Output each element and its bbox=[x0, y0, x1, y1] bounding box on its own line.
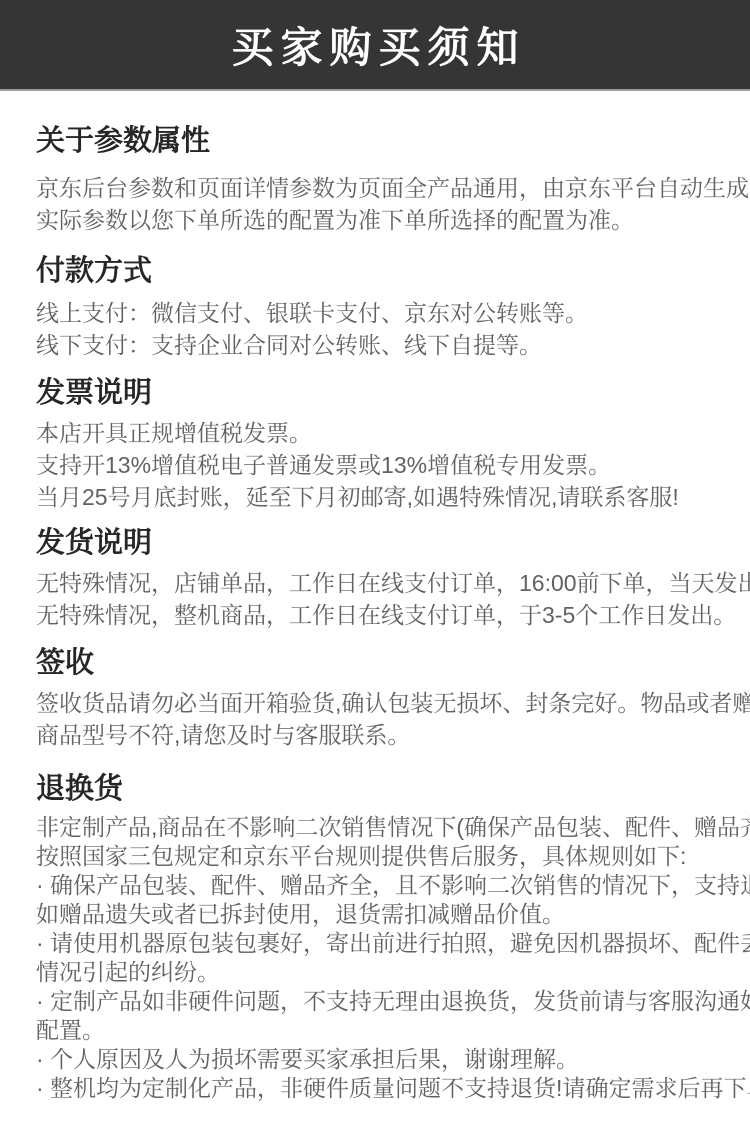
section-body-params: 京东后台参数和页面详情参数为页面全产品通用，由京东平台自动生成， 实际参数以您下… bbox=[36, 172, 714, 236]
section-receipt: 签收 签收货品请勿必当面开箱验货,确认包装无损坏、封条完好。物品或者赠品缺失 商… bbox=[36, 646, 714, 751]
page-title: 买家购买须知 bbox=[224, 15, 525, 75]
text-line: · 整机均为定制化产品，非硬件质量问题不支持退货!请确定需求后再下单! bbox=[36, 1074, 714, 1103]
text-line: · 请使用机器原包装包裹好，寄出前进行拍照，避免因机器损坏、配件丢失等异常 bbox=[36, 929, 714, 958]
text-line: 按照国家三包规定和京东平台规则提供售后服务，具体规则如下: bbox=[36, 842, 714, 871]
text-line: 签收货品请勿必当面开箱验货,确认包装无损坏、封条完好。物品或者赠品缺失 bbox=[36, 687, 714, 719]
text-line: · 定制产品如非硬件问题，不支持无理由退换货，发货前请与客服沟通好所需方案 bbox=[36, 987, 714, 1016]
section-title-receipt: 签收 bbox=[36, 646, 714, 680]
text-line: · 确保产品包装、配件、赠品齐全，且不影响二次销售的情况下，支持退换货。 bbox=[36, 871, 714, 900]
text-line: 配置。 bbox=[36, 1016, 714, 1045]
section-body-returns: 非定制产品,商品在不影响二次销售情况下(确保产品包装、配件、赠品齐全完整) 按照… bbox=[36, 813, 714, 1103]
text-line: 非定制产品,商品在不影响二次销售情况下(确保产品包装、配件、赠品齐全完整) bbox=[36, 813, 714, 842]
section-body-receipt: 签收货品请勿必当面开箱验货,确认包装无损坏、封条完好。物品或者赠品缺失 商品型号… bbox=[36, 687, 714, 751]
text-line: 实际参数以您下单所选的配置为准下单所选择的配置为准。 bbox=[36, 204, 714, 236]
text-line: 本店开具正规增值税发票。 bbox=[36, 417, 714, 449]
section-title-payment: 付款方式 bbox=[36, 254, 714, 288]
text-line: 线上支付：微信支付、银联卡支付、京东对公转账等。 bbox=[36, 297, 714, 329]
text-line: 情况引起的纠纷。 bbox=[36, 958, 714, 987]
section-body-payment: 线上支付：微信支付、银联卡支付、京东对公转账等。 线下支付：支持企业合同对公转账… bbox=[36, 297, 714, 361]
text-line: 支持开13%增值税电子普通发票或13%增值税专用发票。 bbox=[36, 449, 714, 481]
text-line: 当月25号月底封账，延至下月初邮寄,如遇特殊情况,请联系客服! bbox=[36, 481, 714, 513]
section-body-shipping: 无特殊情况，店铺单品，工作日在线支付订单，16:00前下单，当天发出。 无特殊情… bbox=[36, 567, 714, 631]
text-line: 商品型号不符,请您及时与客服联系。 bbox=[36, 719, 714, 751]
text-line: 无特殊情况，整机商品，工作日在线支付订单，于3-5个工作日发出。 bbox=[36, 599, 714, 631]
section-shipping: 发货说明 无特殊情况，店铺单品，工作日在线支付订单，16:00前下单，当天发出。… bbox=[36, 526, 714, 631]
text-line: 无特殊情况，店铺单品，工作日在线支付订单，16:00前下单，当天发出。 bbox=[36, 567, 714, 599]
section-body-invoice: 本店开具正规增值税发票。 支持开13%增值税电子普通发票或13%增值税专用发票。… bbox=[36, 417, 714, 513]
section-title-invoice: 发票说明 bbox=[36, 376, 714, 410]
text-line: 线下支付：支持企业合同对公转账、线下自提等。 bbox=[36, 329, 714, 361]
text-line: 京东后台参数和页面详情参数为页面全产品通用，由京东平台自动生成， bbox=[36, 172, 714, 204]
section-invoice: 发票说明 本店开具正规增值税发票。 支持开13%增值税电子普通发票或13%增值税… bbox=[36, 376, 714, 513]
section-params: 关于参数属性 京东后台参数和页面详情参数为页面全产品通用，由京东平台自动生成， … bbox=[36, 124, 714, 236]
section-returns: 退换货 非定制产品,商品在不影响二次销售情况下(确保产品包装、配件、赠品齐全完整… bbox=[36, 772, 714, 1103]
section-title-returns: 退换货 bbox=[36, 772, 714, 806]
section-title-params: 关于参数属性 bbox=[36, 124, 714, 158]
text-line: 如赠品遗失或者已拆封使用，退货需扣减赠品价值。 bbox=[36, 900, 714, 929]
text-line: · 个人原因及人为损坏需要买家承担后果，谢谢理解。 bbox=[36, 1045, 714, 1074]
section-payment: 付款方式 线上支付：微信支付、银联卡支付、京东对公转账等。 线下支付：支持企业合… bbox=[36, 254, 714, 361]
notice-content: 关于参数属性 京东后台参数和页面详情参数为页面全产品通用，由京东平台自动生成， … bbox=[0, 124, 750, 1103]
section-title-shipping: 发货说明 bbox=[36, 526, 714, 560]
notice-header-bar: 买家购买须知 bbox=[0, 0, 750, 91]
